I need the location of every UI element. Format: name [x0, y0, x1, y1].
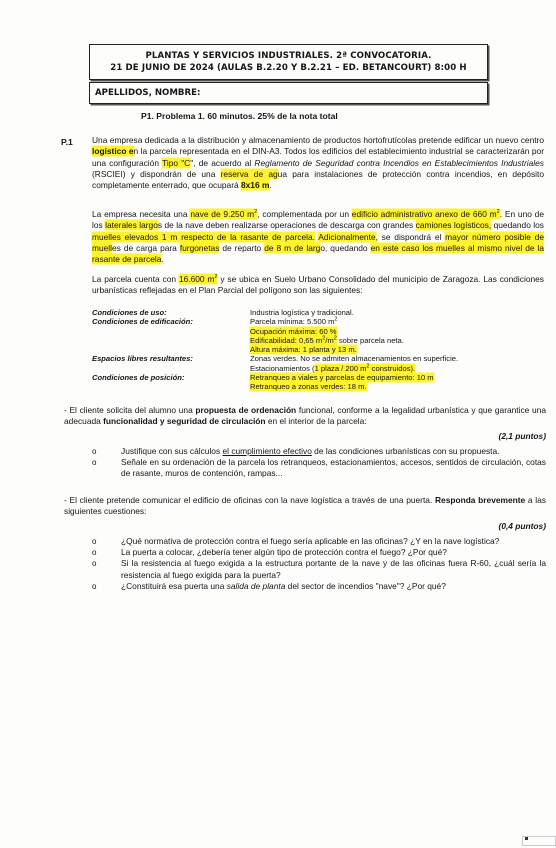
- text: La parcela cuenta con: [92, 274, 179, 284]
- text: del sector de incendios "nave"? ¿Por qué…: [285, 581, 446, 591]
- highlight: Retranqueo a zonas verdes: 18 m.: [250, 382, 367, 391]
- text: 1 plaza / 200 m: [315, 364, 367, 373]
- task-1-points: (2,1 puntos): [64, 431, 546, 442]
- text: , se dispondrá el: [376, 232, 446, 242]
- highlight: reserva de ag: [221, 169, 278, 179]
- max-height: Altura máxima: 1 planta y 13 m.: [250, 345, 512, 354]
- text: es de carga para: [112, 243, 180, 253]
- highlight: Adicionalmente: [318, 232, 375, 242]
- bullet-circle-icon: o: [92, 558, 96, 569]
- bullet-circle-icon: o: [92, 581, 96, 592]
- text: o, quedando: [320, 243, 370, 253]
- condition-label: Condiciones de posición:: [92, 373, 250, 392]
- text: .: [161, 254, 163, 264]
- statement-paragraph-1: Una empresa dedicada a la distribución y…: [92, 135, 544, 191]
- text: Si la resistencia al fuego exigida a la …: [121, 558, 546, 579]
- list-item: o¿Qué normativa de protección contra el …: [64, 536, 546, 547]
- bold-text: Responda brevemente: [435, 495, 525, 505]
- exam-header-box: PLANTAS Y SERVICIOS INDUSTRIALES. 2ª CON…: [89, 44, 488, 80]
- list-item: oLa puerta a colocar, ¿debería tener alg…: [64, 547, 546, 558]
- text: .: [269, 180, 271, 190]
- exam-page: PLANTAS Y SERVICIOS INDUSTRIALES. 2ª CON…: [0, 0, 556, 848]
- text: sobre parcela neta.: [337, 336, 404, 345]
- text: La puerta a colocar, ¿debería tener algú…: [121, 547, 447, 557]
- task-1: - El cliente solicita del alumno una pro…: [64, 405, 546, 480]
- bullet-circle-icon: o: [92, 547, 96, 558]
- regulation-name: Reglamento de Seguridad contra Incendios…: [254, 158, 544, 168]
- header-date-line: 21 DE JUNIO DE 2024 (AULAS B.2.20 Y B.2.…: [90, 62, 487, 74]
- statement-paragraph-3: La parcela cuenta con 16.600 m2 y se ubi…: [92, 274, 544, 297]
- text: 16.600 m: [179, 274, 214, 284]
- text: de reparto: [219, 243, 264, 253]
- list-item: oSeñale en su ordenación de la parcela l…: [64, 457, 546, 480]
- max-occupancy: Ocupación máxima: 60 %: [250, 327, 512, 336]
- text: nave de 9.250 m: [190, 209, 254, 219]
- highlight: furgonetas: [180, 243, 220, 253]
- min-plot: Parcela mínima: 5.500 m2: [250, 317, 512, 326]
- task-2: - El cliente pretende comunicar el edifi…: [64, 495, 546, 592]
- condition-values: Retranqueo a viales y parcelas de equipa…: [250, 373, 512, 392]
- bold-text: propuesta de ordenación: [195, 405, 296, 415]
- text: - El cliente solicita del alumno una: [64, 405, 195, 415]
- statement-paragraph-2: La empresa necesita una nave de 9.250 m2…: [92, 209, 544, 265]
- condition-values: Parcela mínima: 5.500 m2 Ocupación máxim…: [250, 317, 512, 354]
- highlight: edificio administrativo anexo de 660 m2: [352, 209, 500, 219]
- text: Una empresa dedicada a la distribución y…: [92, 135, 544, 145]
- text: Justifique con sus cálculos: [121, 446, 222, 456]
- bullet-circle-icon: o: [92, 457, 96, 468]
- highlight: laterales largo: [105, 220, 158, 230]
- highlight: Tipo "C: [162, 158, 190, 168]
- text: - El cliente pretende comunicar el edifi…: [64, 495, 435, 505]
- condition-label: Condiciones de uso:: [92, 308, 250, 317]
- highlight: de 8 m de larg: [264, 243, 320, 253]
- problem-title: P1. Problema 1. 60 minutos. 25% de la no…: [141, 111, 338, 121]
- buildability: Edificabilidad: 0,65 m2/m2 sobre parcela…: [250, 336, 512, 345]
- highlight: 1 plaza / 200 m2 construidos).: [315, 364, 416, 373]
- student-name-label: APELLIDOS, NOMBRE:: [95, 88, 200, 98]
- student-name-box[interactable]: APELLIDOS, NOMBRE:: [89, 82, 488, 104]
- task-1-intro: - El cliente solicita del alumno una pro…: [64, 405, 546, 428]
- urban-conditions-table: Condiciones de uso: Industria logística …: [92, 308, 512, 392]
- condition-row-use: Condiciones de uso: Industria logística …: [92, 308, 512, 317]
- text: quedando los: [491, 220, 544, 230]
- green-zones: Zonas verdes. No se admiten almacenamien…: [250, 354, 512, 363]
- text: Estacionamientos (: [250, 364, 315, 373]
- superscript: 2: [334, 317, 337, 323]
- text: ¿Constituirá esa puerta una: [121, 581, 227, 591]
- task-2-questions: o¿Qué normativa de protección contra el …: [64, 536, 546, 592]
- task-2-points: (0,4 puntos): [64, 521, 546, 532]
- text: de las condiciones urbanísticas con su p…: [312, 446, 500, 456]
- text: (RSCIEI) y dispondrán de una: [92, 169, 221, 179]
- highlight: 16.600 m2: [179, 274, 218, 284]
- text: s de la nave deben realizarse operacione…: [158, 220, 416, 230]
- bold-text: funcionalidad y seguridad de circulación: [103, 416, 265, 426]
- parking: Estacionamientos (1 plaza / 200 m2 const…: [250, 364, 512, 373]
- setback-green: Retranqueo a zonas verdes: 18 m.: [250, 382, 512, 391]
- text: Señale en su ordenación de la parcela lo…: [121, 457, 546, 478]
- text: , complementada por un: [257, 209, 352, 219]
- bullet-circle-icon: o: [92, 446, 96, 457]
- text: La empresa necesita una: [92, 209, 190, 219]
- list-item: oJustifique con sus cálculos el cumplimi…: [64, 446, 546, 457]
- problem-label: P.1: [61, 137, 73, 147]
- text: ¿Qué normativa de protección contra el f…: [121, 536, 499, 546]
- highlight: nave de 9.250 m2: [190, 209, 257, 219]
- italic-text: salida de planta: [227, 581, 286, 591]
- text: construidos).: [370, 364, 416, 373]
- header-course-line: PLANTAS Y SERVICIOS INDUSTRIALES. 2ª CON…: [90, 50, 487, 62]
- highlight: logístico e: [92, 146, 134, 156]
- text: edificio administrativo anexo de 660 m: [352, 209, 497, 219]
- highlight: Retranqueo a viales y parcelas de equipa…: [250, 373, 434, 382]
- condition-label: Espacios libres resultantes:: [92, 354, 250, 373]
- condition-row-open-spaces: Espacios libres resultantes: Zonas verde…: [92, 354, 512, 373]
- scanner-watermark: [522, 836, 556, 846]
- condition-values: Zonas verdes. No se admiten almacenamien…: [250, 354, 512, 373]
- highlight: camiones logísticos,: [416, 220, 492, 230]
- text: Edificabilidad: 0,65 m: [250, 336, 322, 345]
- setback-roads: Retranqueo a viales y parcelas de equipa…: [250, 373, 512, 382]
- task-1-bullets: oJustifique con sus cálculos el cumplimi…: [64, 446, 546, 480]
- task-2-intro: - El cliente pretende comunicar el edifi…: [64, 495, 546, 518]
- condition-row-building: Condiciones de edificación: Parcela míni…: [92, 317, 512, 354]
- highlight: Edificabilidad: 0,65 m2/m2: [250, 336, 337, 345]
- condition-row-position: Condiciones de posición: Retranqueo a vi…: [92, 373, 512, 392]
- highlight: muelles elevados 1 m respecto de la rasa…: [92, 232, 315, 242]
- highlight: Ocupación máxima: 60 %: [250, 327, 337, 336]
- condition-value: Industria logística y tradicional.: [250, 308, 512, 317]
- underlined-text: el cumplimiento efectivo: [222, 446, 311, 456]
- text: en el interior de la parcela:: [266, 416, 367, 426]
- text: Parcela mínima: 5.500 m: [250, 317, 334, 326]
- bullet-circle-icon: o: [92, 536, 96, 547]
- highlight: Altura máxima: 1 planta y 13 m.: [250, 345, 357, 354]
- scanner-logo-icon: [525, 837, 528, 840]
- highlight: 8x16 m: [241, 180, 269, 190]
- text: ", de acuerdo al: [190, 158, 254, 168]
- text: /m: [325, 336, 333, 345]
- condition-label: Condiciones de edificación:: [92, 317, 250, 354]
- list-item: o¿Constituirá esa puerta una salida de p…: [64, 581, 546, 592]
- list-item: oSi la resistencia al fuego exigida a la…: [64, 558, 546, 581]
